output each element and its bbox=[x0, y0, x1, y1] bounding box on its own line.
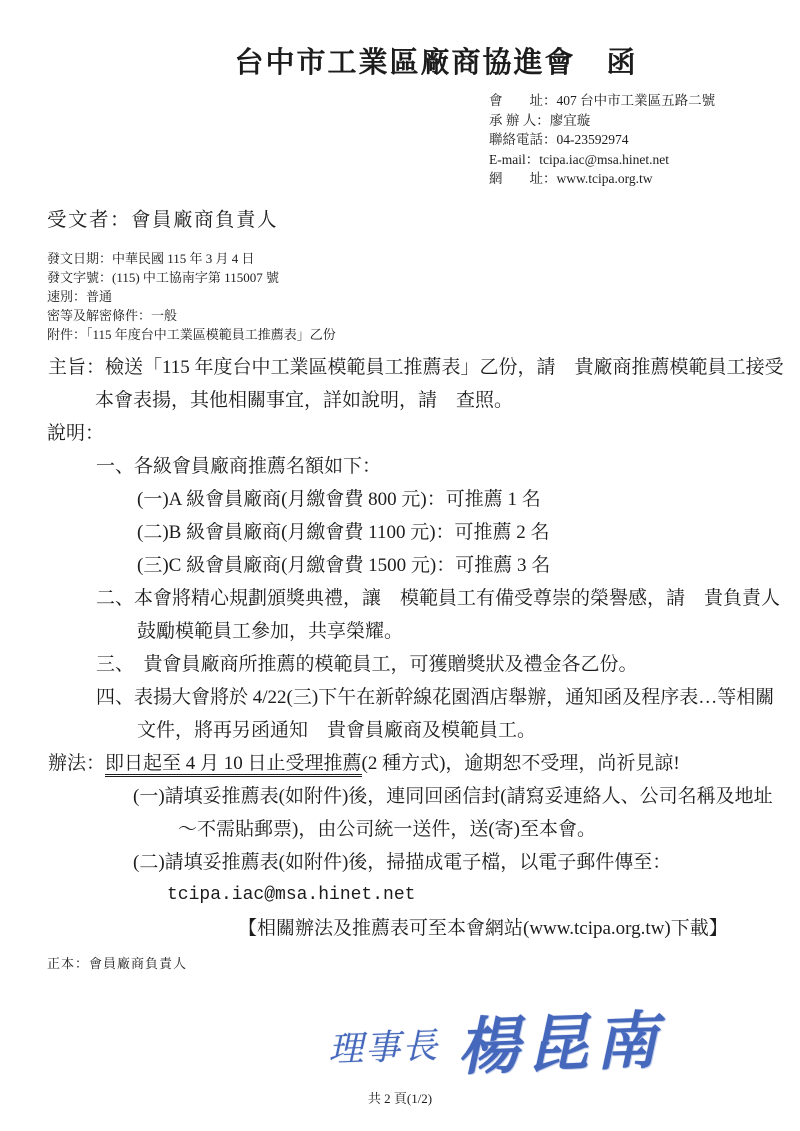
explanation-subitem-a: (一)A 級會員廠商(月繳會費 800 元)：可推薦 1 名 bbox=[137, 483, 777, 516]
explanation-subitem-c: (三)C 級會員廠商(月繳會費 1500 元)：可推薦 3 名 bbox=[137, 549, 777, 582]
item-text: 請填妥推薦表(如附件)後，掃描成電子檔，以電子郵件傳至： bbox=[165, 852, 672, 873]
meta-issue-date: 發文日期：中華民國 115 年 3 月 4 日 bbox=[47, 249, 800, 268]
method-rest: (2 種方式)，逾期恕不受理，尚祈見諒! bbox=[362, 753, 680, 774]
explanation-item-4: 四、表揚大會將於 4/22(三)下午在新幹線花園酒店舉辦，通知函及程序表…等相關… bbox=[137, 681, 785, 747]
item-number: 三、 bbox=[96, 654, 125, 675]
item-text: 表揚大會將於 4/22(三)下午在新幹線花園酒店舉辦，通知函及程序表…等相關文件… bbox=[134, 687, 774, 741]
meta-doc-number: 發文字號：(115) 中工協南字第 115007 號 bbox=[47, 268, 800, 287]
item-number: (二) bbox=[133, 852, 165, 873]
explanation-subitem-b: (二)B 級會員廠商(月繳會費 1100 元)：可推薦 2 名 bbox=[137, 516, 777, 549]
subject-paragraph: 主旨：檢送「115 年度台中工業區模範員工推薦表」乙份，請 貴廠商推薦模範員工接… bbox=[95, 351, 792, 417]
item-text: 貴會員廠商所推薦的模範員工，可獲贈獎狀及禮金各乙份。 bbox=[125, 654, 638, 675]
letterhead-info: 會 址：407 台中市工業區五路二號 承 辦 人：廖宜璇 聯絡電話：04-235… bbox=[489, 91, 800, 189]
method-subitem-1: (一)請填妥推薦表(如附件)後，連同回函信封(請寫妥連絡人、公司名稱及地址～不需… bbox=[178, 780, 778, 846]
method-paragraph: 辦法：即日起至 4 月 10 日止受理推薦(2 種方式)，逾期恕不受理，尚祈見諒… bbox=[95, 747, 792, 780]
document-page: 台中市工業區廠商協進會 函 會 址：407 台中市工業區五路二號 承 辦 人：廖… bbox=[0, 0, 800, 1131]
explanation-heading: 說明： bbox=[47, 417, 800, 450]
explanation-item-3: 三、 貴會員廠商所推薦的模範員工，可獲贈獎狀及禮金各乙份。 bbox=[137, 648, 785, 681]
doc-body: 主旨：檢送「115 年度台中工業區模範員工推薦表」乙份，請 貴廠商推薦模範員工接… bbox=[0, 351, 800, 945]
item-text: 各級會員廠商推薦名額如下： bbox=[134, 456, 381, 477]
signature-title: 理事長 bbox=[327, 1017, 440, 1071]
item-text: 本會將精心規劃頒獎典禮，讓 模範員工有備受尊崇的榮譽感，請 貴負責人鼓勵模範員工… bbox=[134, 588, 780, 642]
letterhead-contact-person-line: 承 辦 人：廖宜璇 bbox=[489, 111, 800, 131]
subject-label: 主旨： bbox=[48, 357, 105, 378]
meta-speed-class: 速別：普通 bbox=[47, 287, 800, 306]
item-number: 二、 bbox=[96, 588, 134, 609]
signature-name: 楊昆南 bbox=[456, 990, 666, 1086]
item-text: 請填妥推薦表(如附件)後，連同回函信封(請寫妥連絡人、公司名稱及地址～不需貼郵票… bbox=[165, 786, 773, 840]
meta-security-class: 密等及解密條件：一般 bbox=[47, 306, 800, 325]
method-label: 辦法： bbox=[48, 753, 105, 774]
item-number: 四、 bbox=[96, 687, 134, 708]
doc-title: 台中市工業區廠商協進會 函 bbox=[0, 0, 800, 81]
explanation-item-2: 二、本會將精心規劃頒獎典禮，讓 模範員工有備受尊崇的榮譽感，請 貴負責人鼓勵模範… bbox=[137, 582, 785, 648]
letterhead-email-line: E-mail：tcipa.iac@msa.hinet.net bbox=[489, 150, 800, 170]
method-subitem-2: (二)請填妥推薦表(如附件)後，掃描成電子檔，以電子郵件傳至： bbox=[178, 846, 778, 879]
item-number: 一、 bbox=[96, 456, 134, 477]
page-number: 共 2 頁(1/2) bbox=[0, 1088, 800, 1107]
subject-text: 檢送「115 年度台中工業區模範員工推薦表」乙份，請 貴廠商推薦模範員工接受本會… bbox=[95, 357, 784, 411]
meta-attachment: 附件：「115 年度台中工業區模範員工推薦表」乙份 bbox=[47, 325, 800, 344]
explanation-item-1: 一、各級會員廠商推薦名額如下： bbox=[137, 450, 785, 483]
method-deadline-underlined: 即日起至 4 月 10 日止受理推薦 bbox=[105, 753, 362, 777]
letterhead-website-line: 網 址：www.tcipa.org.tw bbox=[489, 169, 800, 189]
letterhead-phone-line: 聯絡電話：04-23592974 bbox=[489, 130, 800, 150]
original-copy-line: 正本：會員廠商負責人 bbox=[47, 953, 800, 972]
recipient-line: 受文者：會員廠商負責人 bbox=[47, 204, 800, 232]
signature-stamp: 理事長 楊昆南 bbox=[327, 985, 800, 1090]
letterhead-address-line: 會 址：407 台中市工業區五路二號 bbox=[489, 91, 800, 111]
submission-email: tcipa.iac@msa.hinet.net bbox=[167, 879, 800, 912]
meta-block: 發文日期：中華民國 115 年 3 月 4 日 發文字號：(115) 中工協南字… bbox=[47, 249, 800, 344]
download-note: 【相關辦法及推薦表可至本會網站(www.tcipa.org.tw)下載】 bbox=[238, 912, 800, 945]
item-number: (一) bbox=[133, 786, 165, 807]
